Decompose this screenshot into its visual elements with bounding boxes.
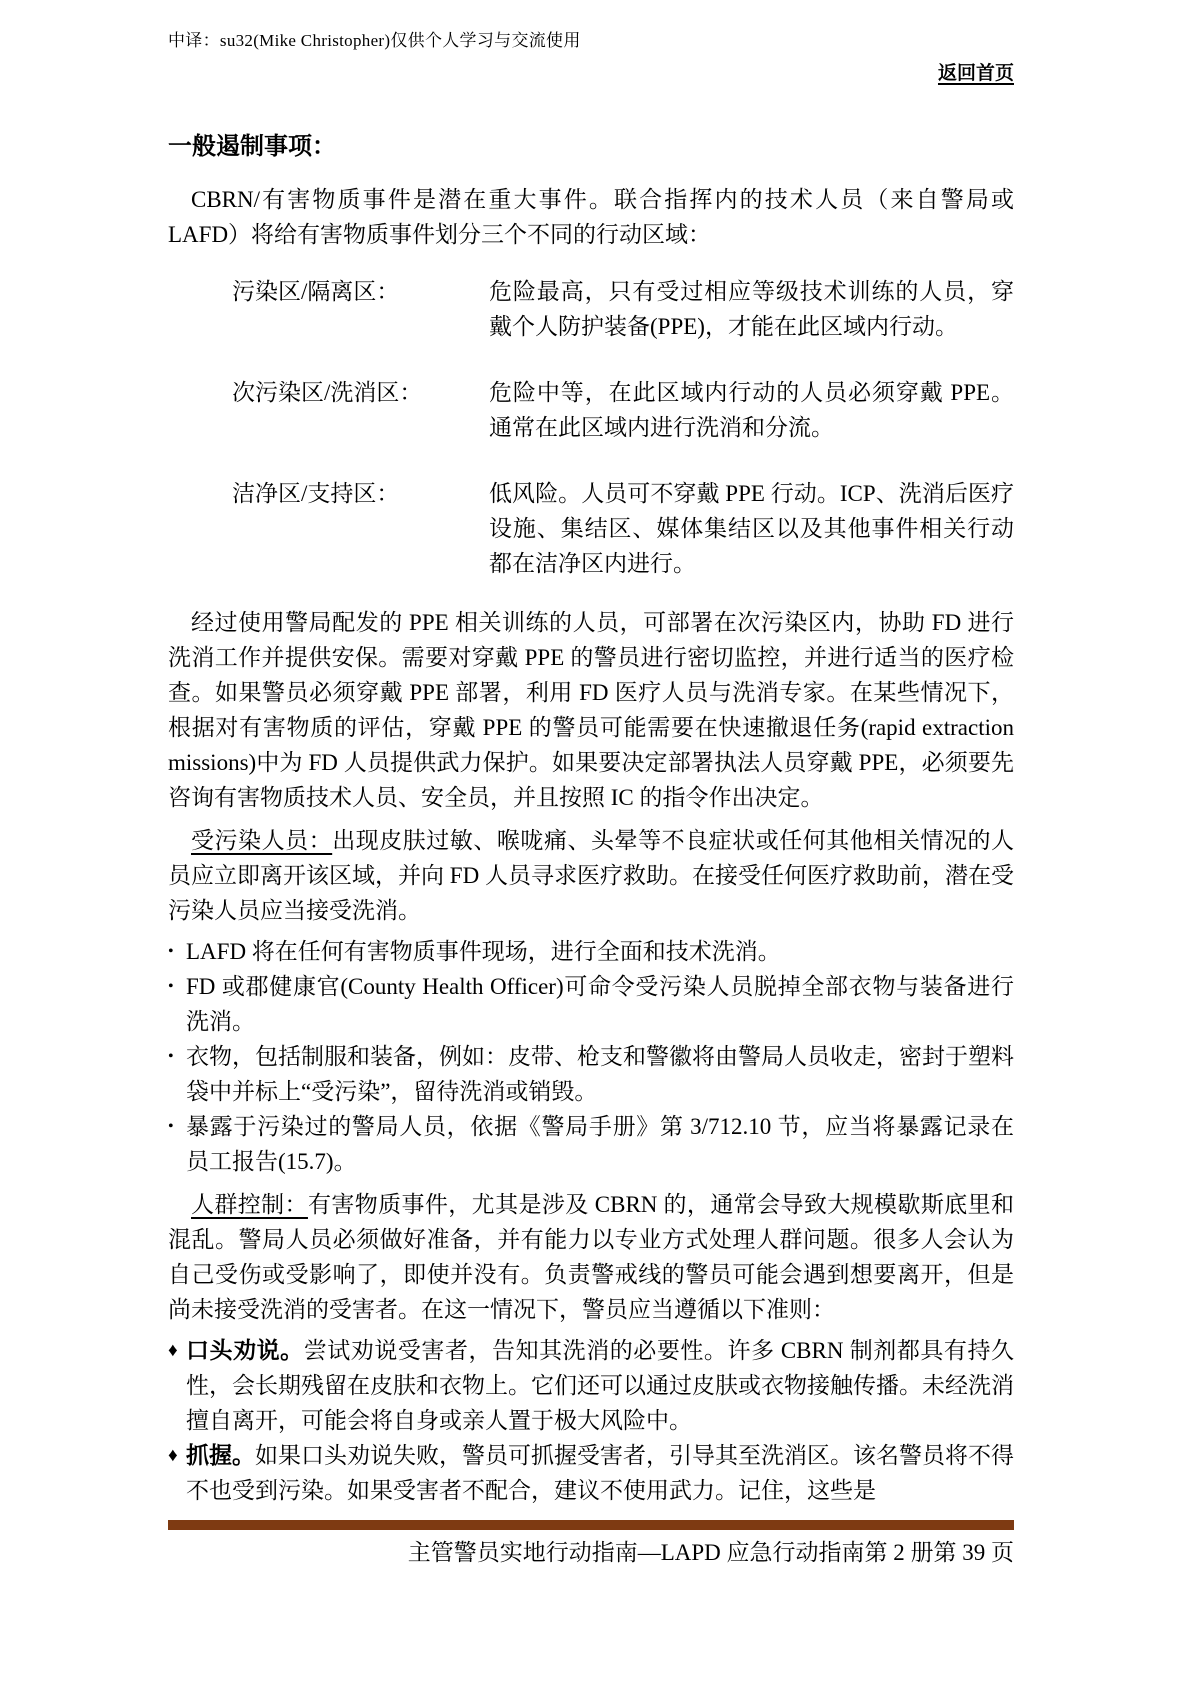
zone-definition-list: 污染区/隔离区： 危险最高，只有受过相应等级技术训练的人员，穿戴个人防护装备(P… bbox=[168, 274, 1014, 581]
list-item-text: 暴露于污染过的警局人员，依据《警局手册》第 3/712.10 节，应当将暴露记录… bbox=[186, 1109, 1014, 1179]
intro-paragraph: CBRN/有害物质事件是潜在重大事件。联合指挥内的技术人员（来自警局或LAFD）… bbox=[168, 182, 1014, 252]
zone-description: 危险最高，只有受过相应等级技术训练的人员，穿戴个人防护装备(PPE)，才能在此区… bbox=[489, 274, 1014, 344]
list-item: • LAFD 将在任何有害物质事件现场，进行全面和技术洗消。 bbox=[168, 934, 1014, 969]
footer-text: 主管警员实地行动指南—LAPD 应急行动指南第 2 册第 39 页 bbox=[408, 1540, 1014, 1565]
ppe-deployment-paragraph: 经过使用警局配发的 PPE 相关训练的人员，可部署在次污染区内，协助 FD 进行… bbox=[168, 605, 1014, 815]
bullet-icon: • bbox=[168, 1039, 186, 1109]
list-item-text: FD 或郡健康官(County Health Officer)可命令受污染人员脱… bbox=[186, 969, 1014, 1039]
diamond-icon: ♦ bbox=[168, 1333, 186, 1438]
list-item: • 暴露于污染过的警局人员，依据《警局手册》第 3/712.10 节，应当将暴露… bbox=[168, 1109, 1014, 1179]
guideline-body: 口头劝说。尝试劝说受害者，告知其洗消的必要性。许多 CBRN 制剂都具有持久性，… bbox=[186, 1333, 1014, 1438]
guideline-label: 抓握。 bbox=[186, 1443, 255, 1468]
list-item-text: LAFD 将在任何有害物质事件现场，进行全面和技术洗消。 bbox=[186, 934, 1014, 969]
home-link-row: 返回首页 bbox=[168, 62, 1014, 86]
crowd-control-label: 人群控制： bbox=[191, 1192, 308, 1217]
back-to-home-link[interactable]: 返回首页 bbox=[938, 62, 1014, 86]
guideline-body: 抓握。如果口头劝说失败，警员可抓握受害者，引导其至洗消区。该名警员将不得不也受到… bbox=[186, 1438, 1014, 1508]
zone-description: 危险中等，在此区域内行动的人员必须穿戴 PPE。通常在此区域内进行洗消和分流。 bbox=[489, 375, 1014, 445]
list-item: • 衣物，包括制服和装备，例如：皮带、枪支和警徽将由警局人员收走，密封于塑料袋中… bbox=[168, 1039, 1014, 1109]
list-item-text: 衣物，包括制服和装备，例如：皮带、枪支和警徽将由警局人员收走，密封于塑料袋中并标… bbox=[186, 1039, 1014, 1109]
contaminated-persons-label: 受污染人员： bbox=[191, 828, 332, 853]
page-footer: 主管警员实地行动指南—LAPD 应急行动指南第 2 册第 39 页 bbox=[168, 1539, 1014, 1567]
zone-row-support: 洁净区/支持区： 低风险。人员可不穿戴 PPE 行动。ICP、洗消后医疗设施、集… bbox=[232, 476, 1014, 581]
zone-label: 污染区/隔离区： bbox=[232, 274, 489, 344]
guideline-text: 如果口头劝说失败，警员可抓握受害者，引导其至洗消区。该名警员将不得不也受到污染。… bbox=[186, 1443, 1014, 1503]
guideline-list: ♦ 口头劝说。尝试劝说受害者，告知其洗消的必要性。许多 CBRN 制剂都具有持久… bbox=[168, 1333, 1014, 1508]
bullet-icon: • bbox=[168, 969, 186, 1039]
zone-row-exclusion: 污染区/隔离区： 危险最高，只有受过相应等级技术训练的人员，穿戴个人防护装备(P… bbox=[232, 274, 1014, 344]
crowd-control-paragraph: 人群控制：有害物质事件，尤其是涉及 CBRN 的，通常会导致大规模歇斯底里和混乱… bbox=[168, 1187, 1014, 1327]
diamond-icon: ♦ bbox=[168, 1438, 186, 1508]
section-heading: 一般遏制事项： bbox=[168, 132, 1014, 162]
contaminated-persons-paragraph: 受污染人员：出现皮肤过敏、喉咙痛、头晕等不良症状或任何其他相关情况的人员应立即离… bbox=[168, 823, 1014, 928]
zone-label: 次污染区/洗消区： bbox=[232, 375, 489, 445]
list-item: • FD 或郡健康官(County Health Officer)可命令受污染人… bbox=[168, 969, 1014, 1039]
guideline-label: 口头劝说。 bbox=[186, 1338, 304, 1363]
footer-rule bbox=[168, 1520, 1014, 1530]
translator-note: 中译：su32(Mike Christopher)仅供个人学习与交流使用 bbox=[168, 30, 1014, 52]
zone-description: 低风险。人员可不穿戴 PPE 行动。ICP、洗消后医疗设施、集结区、媒体集结区以… bbox=[489, 476, 1014, 581]
decon-bullet-list: • LAFD 将在任何有害物质事件现场，进行全面和技术洗消。 • FD 或郡健康… bbox=[168, 934, 1014, 1179]
zone-row-decon: 次污染区/洗消区： 危险中等，在此区域内行动的人员必须穿戴 PPE。通常在此区域… bbox=[232, 375, 1014, 445]
guideline-text: 尝试劝说受害者，告知其洗消的必要性。许多 CBRN 制剂都具有持久性，会长期残留… bbox=[186, 1338, 1014, 1433]
guideline-item-grab: ♦ 抓握。如果口头劝说失败，警员可抓握受害者，引导其至洗消区。该名警员将不得不也… bbox=[168, 1438, 1014, 1508]
document-page: 中译：su32(Mike Christopher)仅供个人学习与交流使用 返回首… bbox=[0, 0, 1192, 1686]
bullet-icon: • bbox=[168, 1109, 186, 1179]
zone-label: 洁净区/支持区： bbox=[232, 476, 489, 581]
guideline-item-verbal: ♦ 口头劝说。尝试劝说受害者，告知其洗消的必要性。许多 CBRN 制剂都具有持久… bbox=[168, 1333, 1014, 1438]
bullet-icon: • bbox=[168, 934, 186, 969]
